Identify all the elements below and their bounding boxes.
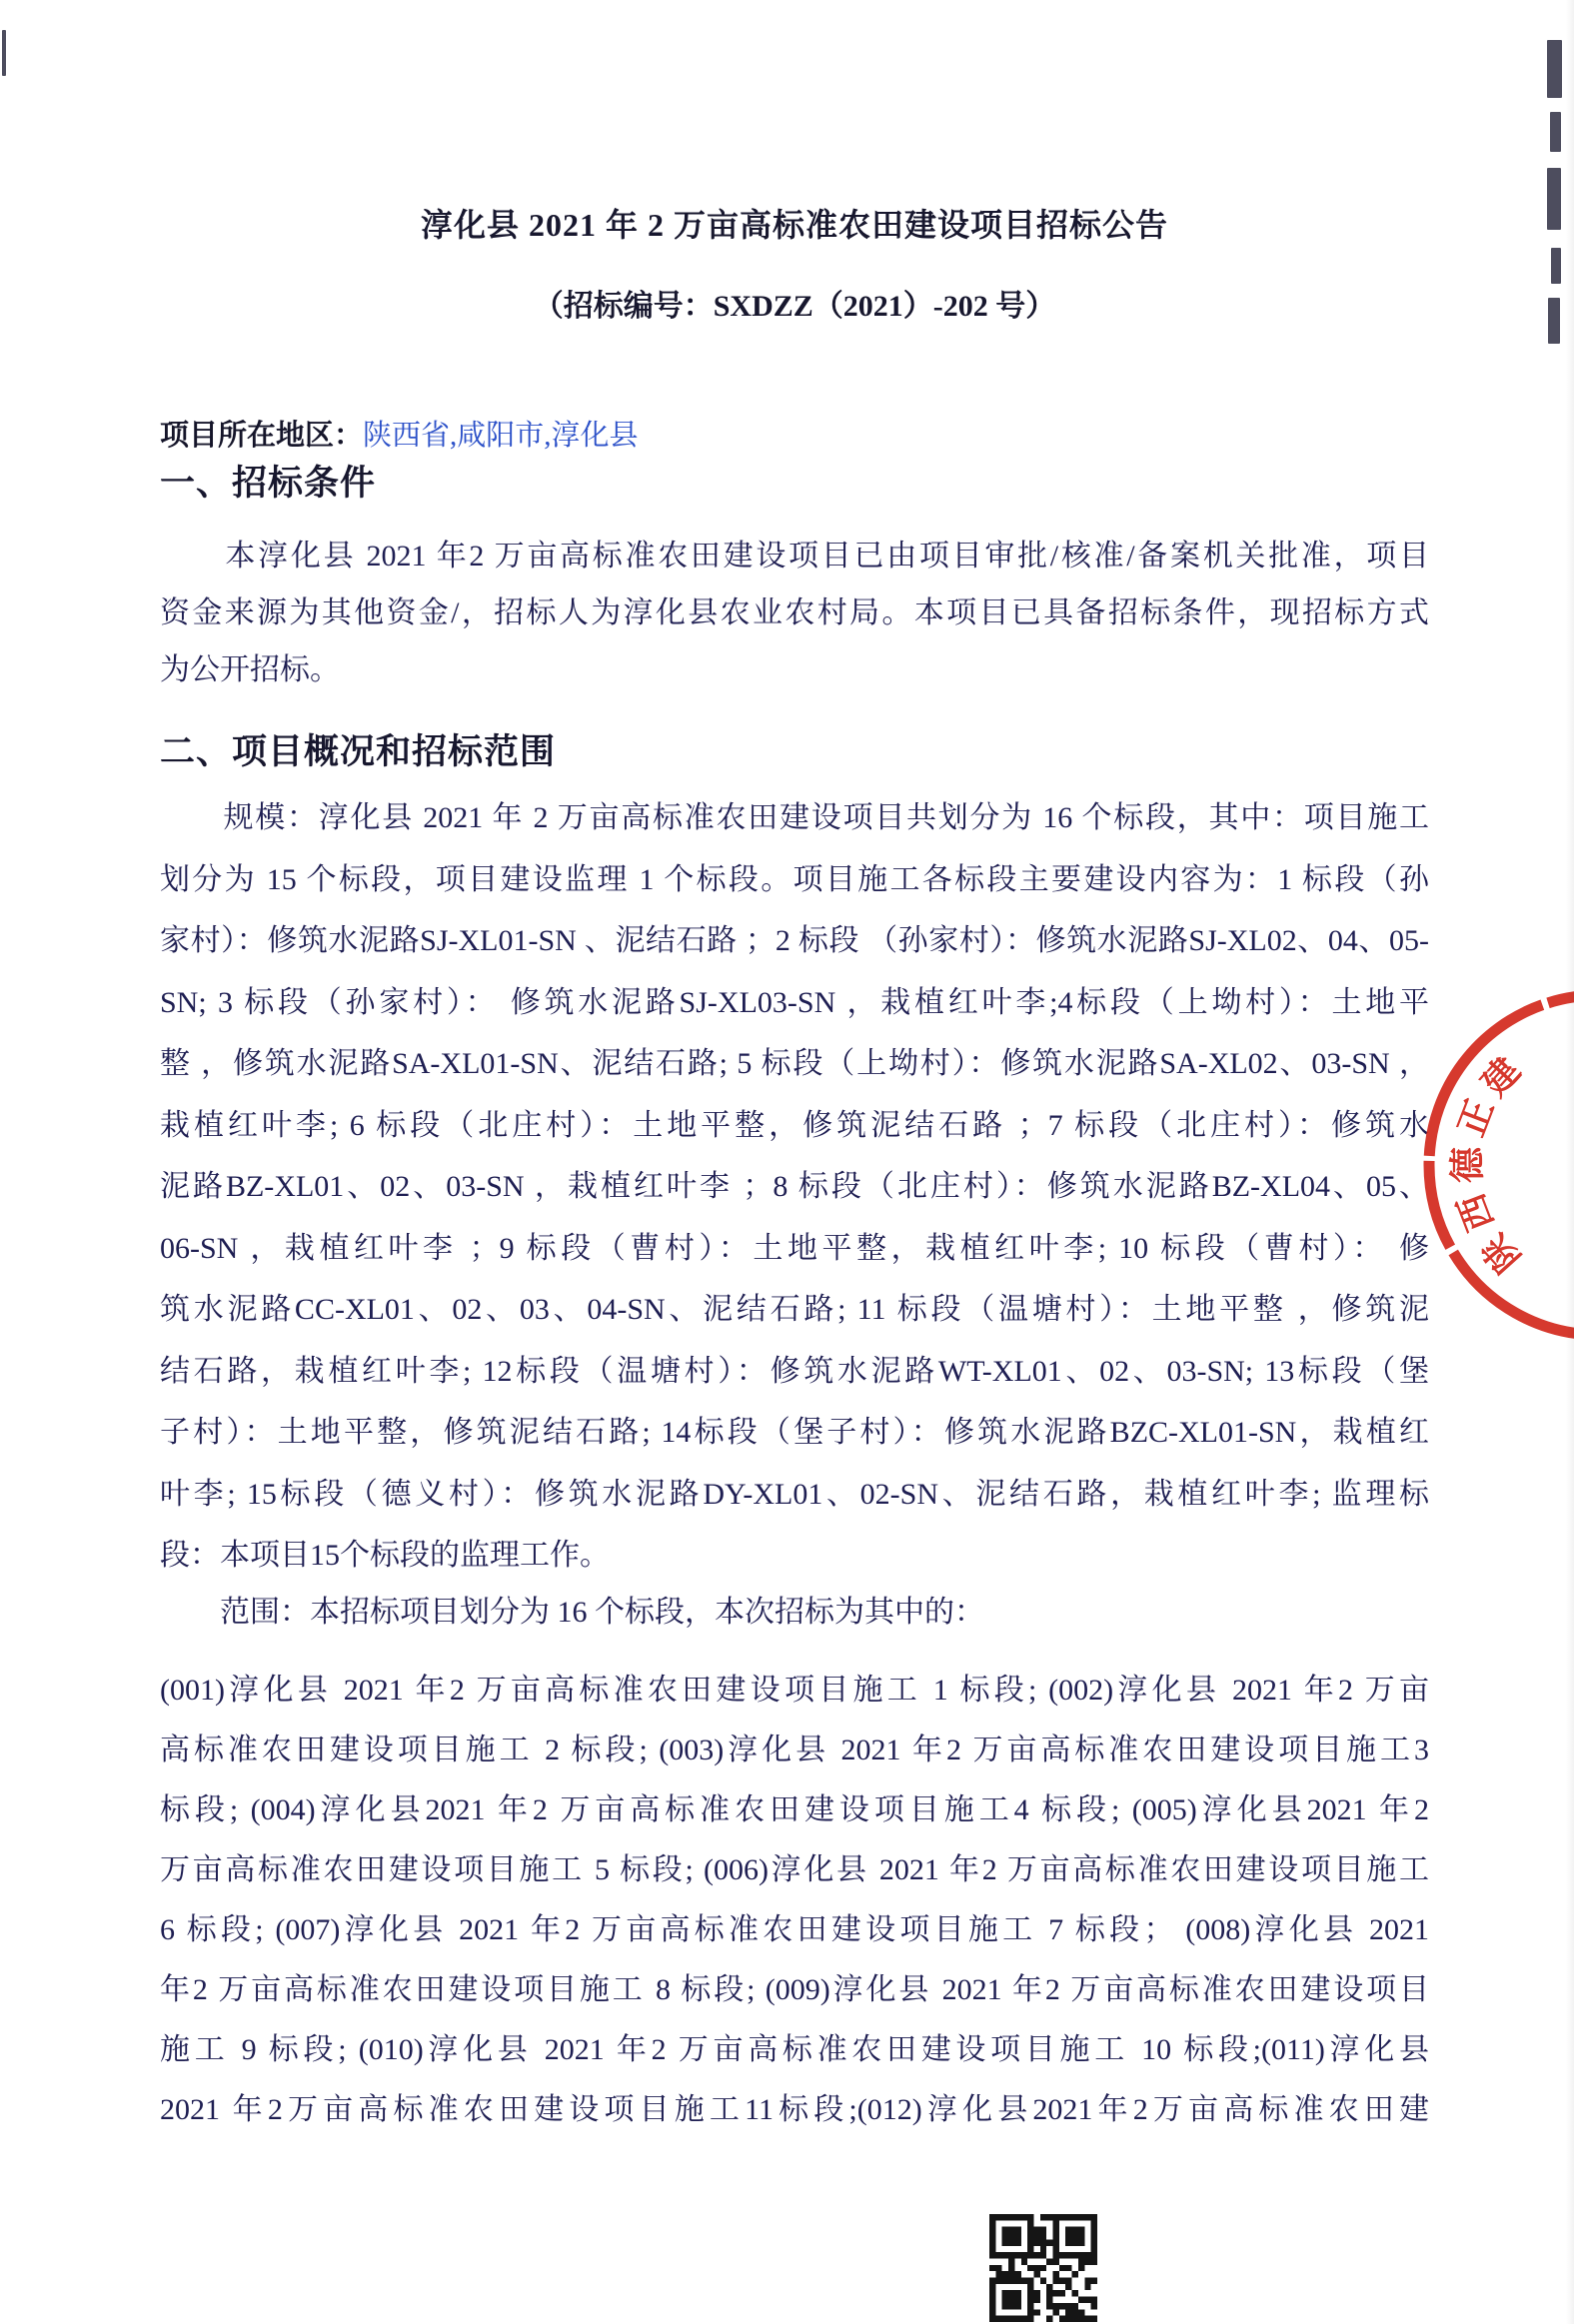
scan-artifact [1550, 112, 1561, 152]
scale-paragraph: 规模：淳化县 2021 年 2 万亩高标准农田建设项目共划分为 16 个标段，其… [160, 787, 1429, 1587]
section-1-heading: 一、招标条件 [160, 456, 1429, 506]
text-line: 本淳化县 2021 年2 万亩高标准农田建设项目已由项目审批/核准/备案机关批准… [160, 528, 1429, 584]
text-line: 叶李; 15标段（德义村）：修筑水泥路DY-XL01、02-SN、泥结石路，栽植… [160, 1464, 1429, 1526]
scope-paragraph: (001)淳化县 2021 年2 万亩高标准农田建设项目施工 1 标段; (00… [160, 1661, 1429, 2140]
scan-artifact [1548, 298, 1560, 344]
stamp-char: 西 [1451, 1188, 1501, 1236]
text-line: 2021 年2万亩高标准农田建设项目施工11标段;(012)淳化县2021年2万… [160, 2080, 1429, 2140]
text-line: 为公开招标。 [160, 641, 1429, 698]
text-line: 结石路，栽植红叶李; 12标段（温塘村）：修筑水泥路WT-XL01、02、03-… [160, 1341, 1429, 1403]
qr-code [989, 2212, 1097, 2324]
stamp-char: 陕 [1474, 1226, 1528, 1280]
stamp-char: 德 [1447, 1146, 1487, 1183]
section-2-heading: 二、项目概况和招标范围 [160, 724, 1429, 774]
stamp-char: 正 [1451, 1094, 1501, 1142]
section-1-paragraph: 本淳化县 2021 年2 万亩高标准农田建设项目已由项目审批/核准/备案机关批准… [160, 528, 1429, 698]
scan-edge-shade [1566, 0, 1574, 2324]
text-line: SN; 3 标段（孙家村）： 修筑水泥路SJ-XL03-SN ，栽植红叶李;4标… [160, 972, 1429, 1034]
location-line: 项目所在地区：陕西省,咸阳市,淳化县 [160, 413, 1429, 454]
scan-artifact [1551, 248, 1561, 284]
text-line: 家村）：修筑水泥路SJ-XL01-SN 、泥结石路 ；2 标段 （孙家村）：修筑… [160, 910, 1429, 972]
text-line: (001)淳化县 2021 年2 万亩高标准农田建设项目施工 1 标段; (00… [160, 1661, 1429, 1721]
scan-artifact [1547, 168, 1561, 230]
stamp-ring [1429, 995, 1574, 1335]
scan-artifact [2, 30, 6, 76]
scanned-document-page: 淳化县 2021 年 2 万亩高标准农田建设项目招标公告 （招标编号：SXDZZ… [0, 0, 1574, 2324]
stamp-char: 建 [1474, 1050, 1528, 1104]
text-line: 标段; (004)淳化县2021 年2 万亩高标准农田建设项目施工4 标段; (… [160, 1780, 1429, 1840]
doc-title: 淳化县 2021 年 2 万亩高标准农田建设项目招标公告 [160, 200, 1429, 246]
tender-number-subtitle: （招标编号：SXDZZ（2021）-202 号） [160, 281, 1429, 325]
text-line: 规模：淳化县 2021 年 2 万亩高标准农田建设项目共划分为 16 个标段，其… [160, 787, 1429, 849]
text-line: 栽植红叶李; 6 标段（北庄村）：土地平整，修筑泥结石路 ；7 标段（北庄村）：… [160, 1095, 1429, 1157]
text-line: 筑水泥路CC-XL01、02、03、04-SN、泥结石路; 11 标段（温塘村）… [160, 1279, 1429, 1341]
text-line: 整 ，修筑水泥路SA-XL01-SN、泥结石路; 5 标段（上坳村）：修筑水泥路… [160, 1033, 1429, 1095]
text-line: 高标准农田建设项目施工 2 标段; (003)淳化县 2021 年2 万亩高标准… [160, 1721, 1429, 1780]
text-line: 泥路BZ-XL01、02、03-SN ，栽植红叶李 ；8 标段（北庄村）：修筑水… [160, 1156, 1429, 1218]
location-label: 项目所在地区： [160, 420, 363, 452]
text-line: 划分为 15 个标段，项目建设监理 1 个标段。项目施工各标段主要建设内容为：1… [160, 849, 1429, 911]
text-line: 年2 万亩高标准农田建设项目施工 8 标段; (009)淳化县 2021 年2 … [160, 1960, 1429, 2020]
text-line: 段：本项目15个标段的监理工作。 [160, 1525, 1429, 1587]
text-line: 万亩高标准农田建设项目施工 5 标段; (006)淳化县 2021 年2 万亩高… [160, 1840, 1429, 1900]
scan-artifact [1547, 40, 1562, 98]
text-line: 06-SN ，栽植红叶李 ；9 标段（曹村）：土地平整，栽植红叶李; 10 标段… [160, 1218, 1429, 1280]
text-line: 子村）：土地平整，修筑泥结石路; 14标段（堡子村）：修筑水泥路BZC-XL01… [160, 1402, 1429, 1464]
text-line: 6 标段; (007)淳化县 2021 年2 万亩高标准农田建设项目施工 7 标… [160, 1900, 1429, 1960]
text-line: 施工 9 标段; (010)淳化县 2021 年2 万亩高标准农田建设项目施工 … [160, 2020, 1429, 2080]
text-line: 资金来源为其他资金/，招标人为淳化县农业农村局。本项目已具备招标条件，现招标方式 [160, 584, 1429, 641]
company-seal-stamp: 陕 西 德 正 建 [1407, 979, 1574, 1359]
scope-intro-line: 范围：本招标项目划分为 16 个标段，本次招标为其中的： [160, 1597, 1429, 1629]
location-value: 陕西省,咸阳市,淳化县 [363, 420, 639, 452]
